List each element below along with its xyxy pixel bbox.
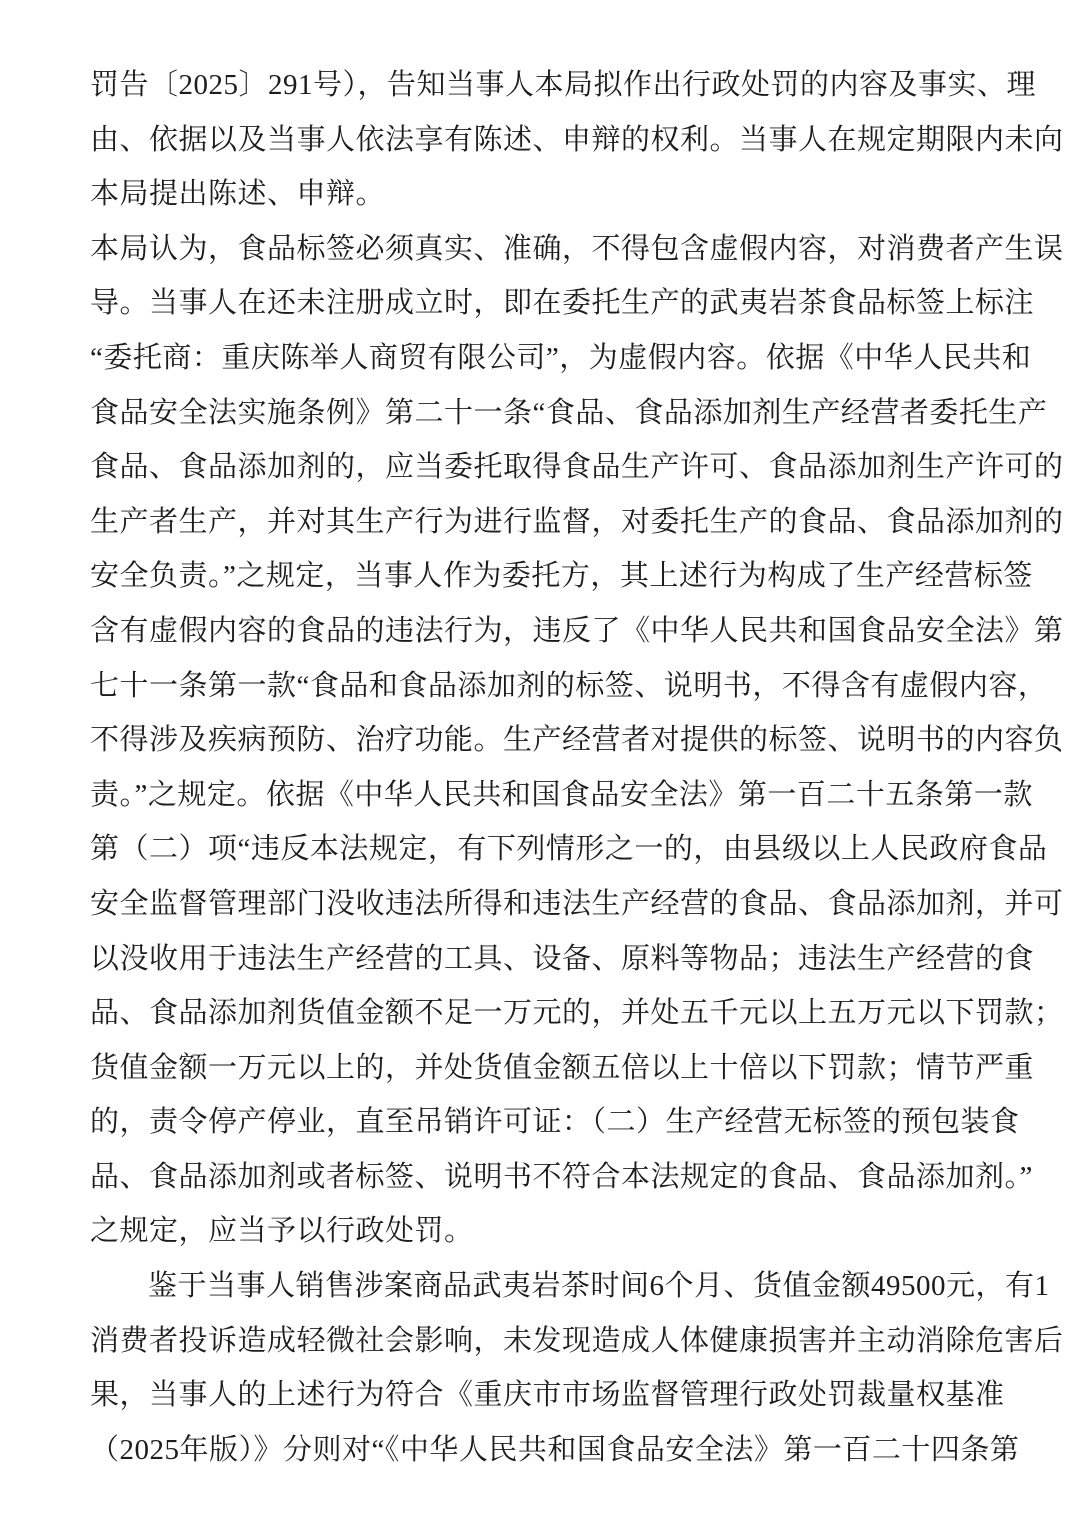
text-line: 果，当事人的上述行为符合《重庆市市场监督管理行政处罚裁量权基准 — [90, 1368, 1044, 1423]
text-line: 不得涉及疾病预防、治疗功能。生产经营者对提供的标签、说明书的内容负 — [90, 713, 1044, 768]
text-line: 七十一条第一款“食品和食品添加剂的标签、说明书，不得含有虚假内容， — [90, 659, 1044, 714]
bureau-findings-paragraph: 本局认为，食品标签必须真实、准确，不得包含虚假内容，对消费者产生误 导。当事人在… — [90, 222, 1044, 1259]
text-line: 导。当事人在还未注册成立时，即在委托生产的武夷岩茶食品标签上标注 — [90, 276, 1044, 331]
text-line: 由、依据以及当事人依法享有陈述、申辩的权利。当事人在规定期限内未向 — [90, 113, 1044, 168]
text-line: 以没收用于违法生产经营的工具、设备、原料等物品；违法生产经营的食 — [90, 932, 1044, 987]
text-line: 本局提出陈述、申辩。 — [90, 167, 1044, 222]
text-line: 鉴于当事人销售涉案商品武夷岩茶时间6个月、货值金额49500元，有1 — [90, 1259, 1044, 1314]
text-line: 第（二）项“违反本法规定，有下列情形之一的，由县级以上人民政府食品 — [90, 822, 1044, 877]
text-line: 之规定，应当予以行政处罚。 — [90, 1204, 1044, 1259]
text-line: 的，责令停产停业，直至吊销许可证：（二）生产经营无标签的预包装食 — [90, 1095, 1044, 1150]
text-line: （2025年版）》分则对“《中华人民共和国食品安全法》第一百二十四条第 — [90, 1423, 1044, 1478]
text-line: 生产者生产，并对其生产行为进行监督，对委托生产的食品、食品添加剂的 — [90, 495, 1044, 550]
text-line: 消费者投诉造成轻微社会影响，未发现造成人体健康损害并主动消除危害后 — [90, 1314, 1044, 1369]
text-line: 安全负责。”之规定，当事人作为委托方，其上述行为构成了生产经营标签 — [90, 549, 1044, 604]
text-line: 品、食品添加剂或者标签、说明书不符合本法规定的食品、食品添加剂。” — [90, 1150, 1044, 1205]
text-line: 罚告〔2025〕291号），告知当事人本局拟作出行政处罚的内容及事实、理 — [90, 58, 1044, 113]
document-page: 罚告〔2025〕291号），告知当事人本局拟作出行政处罚的内容及事实、理 由、依… — [0, 0, 1074, 1520]
text-line: “委托商：重庆陈举人商贸有限公司”，为虚假内容。依据《中华人民共和 — [90, 331, 1044, 386]
text-line: 货值金额一万元以上的，并处货值金额五倍以上十倍以下罚款；情节严重 — [90, 1041, 1044, 1096]
text-line: 安全监督管理部门没收违法所得和违法生产经营的食品、食品添加剂，并可 — [90, 877, 1044, 932]
discretion-basis-paragraph: 鉴于当事人销售涉案商品武夷岩茶时间6个月、货值金额49500元，有1 消费者投诉… — [90, 1259, 1044, 1477]
text-line: 本局认为，食品标签必须真实、准确，不得包含虚假内容，对消费者产生误 — [90, 222, 1044, 277]
text-line: 含有虚假内容的食品的违法行为，违反了《中华人民共和国食品安全法》第 — [90, 604, 1044, 659]
document-body: 罚告〔2025〕291号），告知当事人本局拟作出行政处罚的内容及事实、理 由、依… — [90, 58, 1044, 1477]
text-line: 食品安全法实施条例》第二十一条“食品、食品添加剂生产经营者委托生产 — [90, 386, 1044, 441]
hearing-rights-paragraph: 罚告〔2025〕291号），告知当事人本局拟作出行政处罚的内容及事实、理 由、依… — [90, 58, 1044, 222]
text-line: 责。”之规定。依据《中华人民共和国食品安全法》第一百二十五条第一款 — [90, 768, 1044, 823]
text-line: 食品、食品添加剂的，应当委托取得食品生产许可、食品添加剂生产许可的 — [90, 440, 1044, 495]
text-line: 品、食品添加剂货值金额不足一万元的，并处五千元以上五万元以下罚款； — [90, 986, 1044, 1041]
